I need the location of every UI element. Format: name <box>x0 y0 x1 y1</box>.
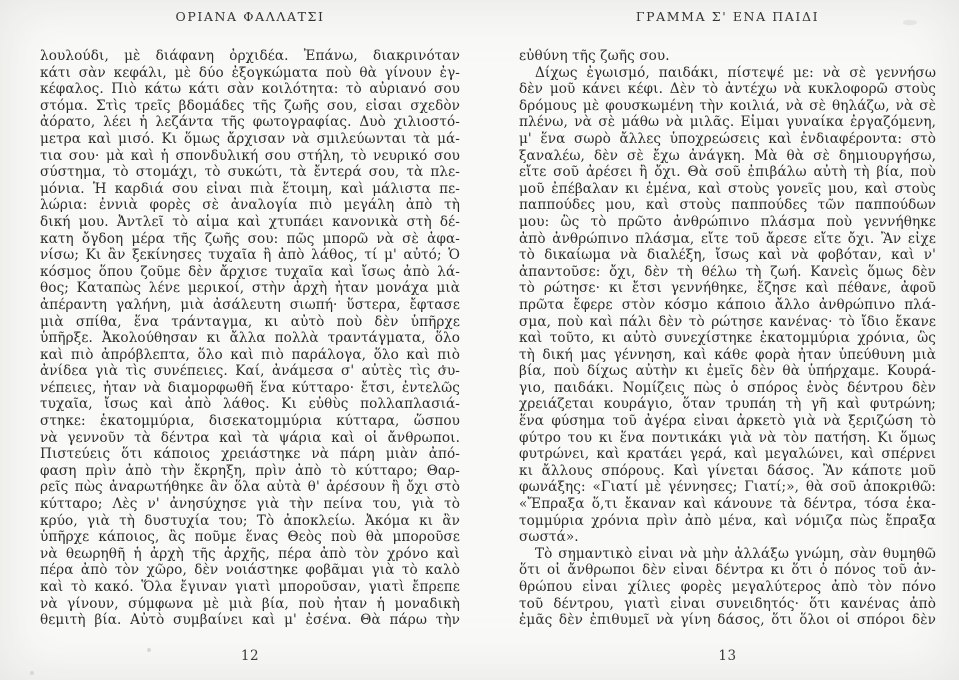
text-line: στόμα. Στὶς τρεῖς βδομάδες τῆς ζωῆς σου,… <box>40 98 460 115</box>
text-line: εἴτε σοῦ ἀρέσει ἢ ὄχι. Θὰ σοῦ ἐπιβάλω αὐ… <box>519 164 936 181</box>
text-line: Πιστεύεις ὅτι κάποιος χρειάστηκε νὰ πάρη… <box>40 446 460 463</box>
text-line: ἕνα φύσημα τοῦ ἀγέρα εἶναι ἀρκετὸ γιὰ νὰ… <box>519 413 936 430</box>
page-right-content: ΓΡΑΜΜΑ Σ' ΕΝΑ ΠΑΙΔΙ εὐθύνη τῆς ζωῆς σου.… <box>519 8 936 664</box>
text-line: μετρα καὶ μισό. Κι ὅμως ἄρχισαν νὰ σμιλε… <box>40 131 460 148</box>
text-line: τὸ ρώτησε· κι ἔτσι γεννήθηκε, ἔζησε καὶ … <box>519 280 936 297</box>
page-left: ΟΡΙΑΝΑ ΦΑΛΛΑΤΣΙ λουλούδι, μὲ διάφανη ὀρχ… <box>0 0 479 680</box>
text-line: «Ἔπραξα ὅ,τι ἔκαναν καὶ κάνουνε τὰ δέντρ… <box>519 496 936 513</box>
text-line: λώρια: ἐννιὰ φορὲς σὲ ἀναλογία πιὸ μεγάλ… <box>40 197 460 214</box>
text-line: μου: ὣς τὸ πρῶτο ἀνθρώπινο πλάσμα ποὺ γε… <box>519 214 936 231</box>
book-scan: ΟΡΙΑΝΑ ΦΑΛΛΑΤΣΙ λουλούδι, μὲ διάφανη ὀρχ… <box>0 0 959 680</box>
text-line: ὑπῆρχε κάποιος, ἂς ποῦμε ἕνας Θεὸς ποὺ θ… <box>40 529 460 546</box>
text-line: νὰ γίνουν, σύμφωνα μὲ μιὰ βία, ποὺ ἦταν … <box>40 596 460 613</box>
text-line: ἀπαντοῦσε: ὄχι, δὲν τὴ θέλω τὴ ζωή. Κανε… <box>519 264 936 281</box>
text-line: σύστημα, τὸ στομάχι, τὸ συκώτι, τὰ ἔντερ… <box>40 164 460 181</box>
page-number-left: 12 <box>40 648 460 664</box>
text-line: πέρα ἀπὸ τὸν χῶρο, δὲν νοιάστηκε φοβᾶμαι… <box>40 562 460 579</box>
text-line: κι ἄλλους σπόρους. Καὶ γίνεται δάσος. Ἂν… <box>519 463 936 480</box>
text-line: δρόμους μὲ φουσκωμένη τὴν κοιλιά, νὰ σὲ … <box>519 98 936 115</box>
page-number-right: 13 <box>519 648 936 664</box>
text-line: καὶ πιὸ ἀπρόβλεπτα, ὅλο καὶ πιὸ παράλογα… <box>40 347 460 364</box>
text-line: παππούδες μου, καὶ στοὺς παππούδες τῶν π… <box>519 197 936 214</box>
text-line: Τὸ σημαντικὸ εἶναι νὰ μὴν ἀλλάξω γνώμη, … <box>519 546 936 563</box>
text-line: χρειάζεται κουράγιο, ὅταν τρυπάη τὴ γῆ κ… <box>519 396 936 413</box>
text-line: νὰ γεννοῦν τὰ δέντρα καὶ τὰ ψάρια καὶ οἱ… <box>40 430 460 447</box>
text-line: νὰ θεωρηθῆ ἡ ἀρχὴ τῆς ἀρχῆς, πέρα ἀπὸ τὸ… <box>40 546 460 563</box>
text-line: κόσμος ὅπου ζοῦμε δὲν ἄρχισε τυχαῖα καὶ … <box>40 264 460 281</box>
text-line: νίσω; Κι ἂν ξεκίνησες τυχαῖα ἢ ἀπὸ λάθος… <box>40 247 460 264</box>
text-line: σμα, ποὺ καὶ πάλι δὲν τὸ ρώτησε κανένας·… <box>519 314 936 331</box>
text-line: μοῦ ἐπέβαλαν κι ἐμένα, καὶ στοὺς γονεῖς … <box>519 181 936 198</box>
page-body-left: λουλούδι, μὲ διάφανη ὀρχιδέα. Ἐπάνω, δια… <box>40 48 460 629</box>
text-line: πρῶτα ἔφερε στὸν κόσμο κάποιο ἄλλο ἀνθρώ… <box>519 297 936 314</box>
text-line: κατη ὄγδοη μέρα τῆς ζωῆς σου: πῶς μπορῶ … <box>40 231 460 248</box>
text-line: καὶ τὸ κακό. Ὅλα ἔγιναν γιατὶ μποροῦσαν,… <box>40 579 460 596</box>
text-line: καὶ τοῦτο, κι αὐτὸ συνεχίστηκε ἑκατομμύρ… <box>519 330 936 347</box>
text-line: μόνια. Ἡ καρδιά σου εἶναι πιὰ ἕτοιμη, κα… <box>40 181 460 198</box>
text-line: τὸ δικαίωμα νὰ διαλέξη, ἴσως καὶ νὰ φοβό… <box>519 247 936 264</box>
text-line: τομμύρια χρόνια πρὶν ἀπὸ μένα, καὶ νόμιζ… <box>519 513 936 530</box>
text-line: γιο, παιδάκι. Νομίζεις πὼς ὁ σπόρος ἑνὸς… <box>519 380 936 397</box>
text-line: ρεῖς πὼς ἀναρωτήθηκε ἂν ὅλα αὐτὰ θ' ἀρέσ… <box>40 479 460 496</box>
text-line: κρύο, γιὰ τὴ δυστυχία του; Τὸ ἀποκλείω. … <box>40 513 460 530</box>
text-line: μιὰ σπίθα, ἕνα τράνταγμα, κι αὐτὸ ποὺ δὲ… <box>40 314 460 331</box>
text-line: ὑπῆρξε. Ἀκολούθησαν κι ἄλλα πολλὰ τραντά… <box>40 330 460 347</box>
text-line: φαση πρὶν ἀπὸ τὴν ἔκρηξη, πρὶν ἀπὸ τὸ κύ… <box>40 463 460 480</box>
text-line: κύτταρο; Λὲς ν' ἀνησύχησε γιὰ τὴν πείνα … <box>40 496 460 513</box>
text-line: ὅτι οἱ ἄνθρωποι δὲν εἶναι δέντρα κι ὅτι … <box>519 562 936 579</box>
running-head-left: ΟΡΙΑΝΑ ΦΑΛΛΑΤΣΙ <box>40 8 460 26</box>
running-head-right: ΓΡΑΜΜΑ Σ' ΕΝΑ ΠΑΙΔΙ <box>519 8 936 26</box>
text-line: ἀόρατο, λέει ἡ λεζάντα τῆς φωτογραφίας. … <box>40 114 460 131</box>
text-line: ἀνίδεα γιὰ τὶς συνέπειες. Καί, ἀνάμεσα σ… <box>40 363 460 380</box>
text-line: ἀπέραντη γαλήνη, μιὰ ἀσάλευτη σιωπή· ὕστ… <box>40 297 460 314</box>
text-line: βία, ποὺ δίχως αὐτὴν κι ἐμεῖς δὲν θὰ ὑπή… <box>519 363 936 380</box>
text-line: κέφαλος. Πιὸ κάτω κάτι σὰν κοιλότητα: τὸ… <box>40 81 460 98</box>
text-line: φυτρώνει, καὶ κρατάει γερά, καὶ μεγαλώνε… <box>519 446 936 463</box>
text-line: φύτρο του κι ἕνα ποντικάκι γιὰ νὰ τὸν πα… <box>519 430 936 447</box>
text-line: ἐμᾶς δὲν ἐπιθυμεῖ νὰ γίνη δάσος, ὅτι ὅλο… <box>519 612 936 629</box>
text-line: δική μου. Ἀντλεῖ τὸ αἷμα καὶ χτυπάει καν… <box>40 214 460 231</box>
book-spread: ΟΡΙΑΝΑ ΦΑΛΛΑΤΣΙ λουλούδι, μὲ διάφανη ὀρχ… <box>0 0 959 680</box>
text-line: μ' ἕνα σωρὸ ἄλλες ὑποχρεώσεις καὶ ἐνδιαφ… <box>519 131 936 148</box>
text-line: θος; Καταπὼς λένε μερικοί, στὴν ἀρχὴ ἦτα… <box>40 280 460 297</box>
text-line: λουλούδι, μὲ διάφανη ὀρχιδέα. Ἐπάνω, δια… <box>40 48 460 65</box>
text-line: τια σου· μὰ καὶ ἡ σπονδυλική σου στήλη, … <box>40 148 460 165</box>
text-line: ἀπὸ ἀνθρώπινο πλάσμα, εἴτε τοῦ ἄρεσε εἴτ… <box>519 231 936 248</box>
text-line: τοῦ δέντρου, γιατὶ εἶναι συνειδητός· ὅτι… <box>519 596 936 613</box>
page-left-content: ΟΡΙΑΝΑ ΦΑΛΛΑΤΣΙ λουλούδι, μὲ διάφανη ὀρχ… <box>40 8 460 664</box>
text-line: κάτι σὰν κεφάλι, μὲ δύο ἐξογκώματα ποὺ θ… <box>40 65 460 82</box>
text-line: φωνάξης: «Γιατί μὲ γέννησες; Γιατί;», θὰ… <box>519 479 936 496</box>
text-line: πλένω, νὰ σὲ μάθω νὰ μιλᾶς. Εἶμαι γυναίκ… <box>519 114 936 131</box>
text-line: δὲν μοῦ κάνει κέφι. Δὲν τὸ ἀντέχω νὰ κυκ… <box>519 81 936 98</box>
text-line: θεμιτὴ βία. Αὐτὸ συμβαίνει καὶ μ' ἐσένα.… <box>40 612 460 629</box>
text-line: Δίχως ἐγωισμό, παιδάκι, πίστεψέ με: νὰ σ… <box>519 65 936 82</box>
text-line: σωστά». <box>519 529 936 546</box>
page-right: ΓΡΑΜΜΑ Σ' ΕΝΑ ΠΑΙΔΙ εὐθύνη τῆς ζωῆς σου.… <box>479 0 958 680</box>
text-line: τυχαῖα, ἴσως καὶ ἀπὸ λάθος. Κι εὐθὺς πολ… <box>40 396 460 413</box>
page-body-right: εὐθύνη τῆς ζωῆς σου.Δίχως ἐγωισμό, παιδά… <box>519 48 936 629</box>
text-line: εὐθύνη τῆς ζωῆς σου. <box>519 48 936 65</box>
text-line: τὴ δική μας γέννηση, καὶ κάθε φορὰ ἦταν … <box>519 347 936 364</box>
text-line: στηκε: ἑκατομμύρια, δισεκατομμύρια κύττα… <box>40 413 460 430</box>
text-line: ξαναλέω, δὲν σὲ ἔχω ἀνάγκη. Μὰ θὰ σὲ δημ… <box>519 148 936 165</box>
text-line: θρώπου εἶναι χίλιες φορὲς μεγαλύτερος ἀπ… <box>519 579 936 596</box>
text-line: νέπειες, ἦταν νὰ διαμορφωθῆ ἕνα κύτταρο·… <box>40 380 460 397</box>
